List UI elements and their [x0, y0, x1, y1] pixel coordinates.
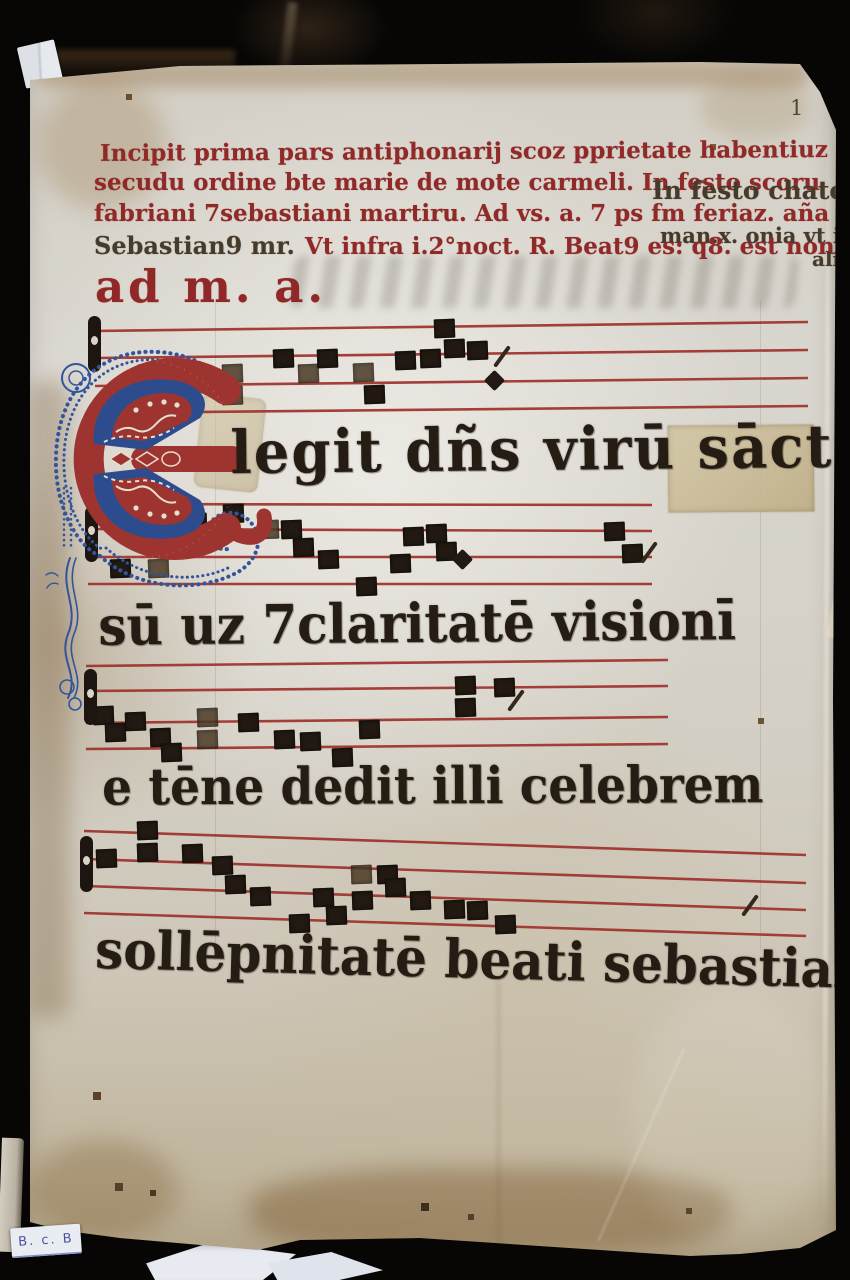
- neume-square: [353, 363, 375, 383]
- neume-square: [352, 891, 374, 911]
- neume-square: [444, 900, 466, 920]
- ink-speckles: [0, 0, 2, 2]
- neume-square: [467, 901, 489, 921]
- neume-square: [364, 385, 386, 405]
- chant-line-3: e tēne dedit illi celebrem: [102, 756, 763, 818]
- neume-square: [455, 676, 477, 696]
- initial-artwork: [40, 338, 275, 723]
- neume-square: [467, 341, 489, 361]
- neume-square: [604, 522, 626, 542]
- neume-square: [326, 906, 348, 926]
- neume-square: [494, 678, 516, 698]
- neume-square: [317, 349, 339, 369]
- neume-square: [444, 339, 466, 359]
- neume-square: [273, 349, 295, 369]
- neume-square: [420, 349, 442, 369]
- neume-square: [390, 554, 412, 574]
- decorated-initial-E: E: [40, 338, 275, 723]
- neume-square: [197, 730, 219, 750]
- neume-square: [225, 875, 247, 895]
- neume-square: [395, 351, 417, 371]
- neume-square: [410, 891, 432, 911]
- neume-square: [318, 550, 340, 570]
- neume-square: [96, 849, 118, 869]
- neume-square: [313, 888, 335, 908]
- neume-square: [426, 524, 448, 544]
- manuscript-photo: 1 Incipit prima pars antiphonarij scoz p…: [0, 0, 850, 1280]
- neume-square: [182, 844, 204, 864]
- clef-dot: [83, 856, 90, 865]
- neume-square: [250, 887, 272, 907]
- parchment-page: 1 Incipit prima pars antiphonarij scoz p…: [0, 0, 850, 1280]
- neume-square: [105, 723, 127, 743]
- neume-square: [274, 730, 296, 750]
- neume-square: [137, 843, 159, 863]
- neume-square: [212, 856, 234, 876]
- neume-square: [351, 865, 373, 885]
- leather-shine-right: [580, 0, 730, 60]
- neume-square: [403, 527, 425, 547]
- paper-wedge: [146, 1243, 296, 1280]
- neume-square: [359, 720, 381, 740]
- clef: [80, 836, 93, 892]
- neume-square: [293, 538, 315, 558]
- shelf-mark-label: B. c. B: [10, 1224, 82, 1259]
- neume-square: [385, 878, 407, 898]
- neume-square: [300, 732, 322, 752]
- neume-square: [434, 319, 456, 339]
- chant-line-2: sū uz 7claritatē visionī: [98, 588, 736, 657]
- neume-square: [137, 821, 159, 841]
- neume-square: [455, 698, 477, 718]
- neume-square: [298, 364, 320, 384]
- neume-square: [281, 520, 303, 540]
- chant-line-1: legit dñs virū sāctū: [230, 411, 850, 488]
